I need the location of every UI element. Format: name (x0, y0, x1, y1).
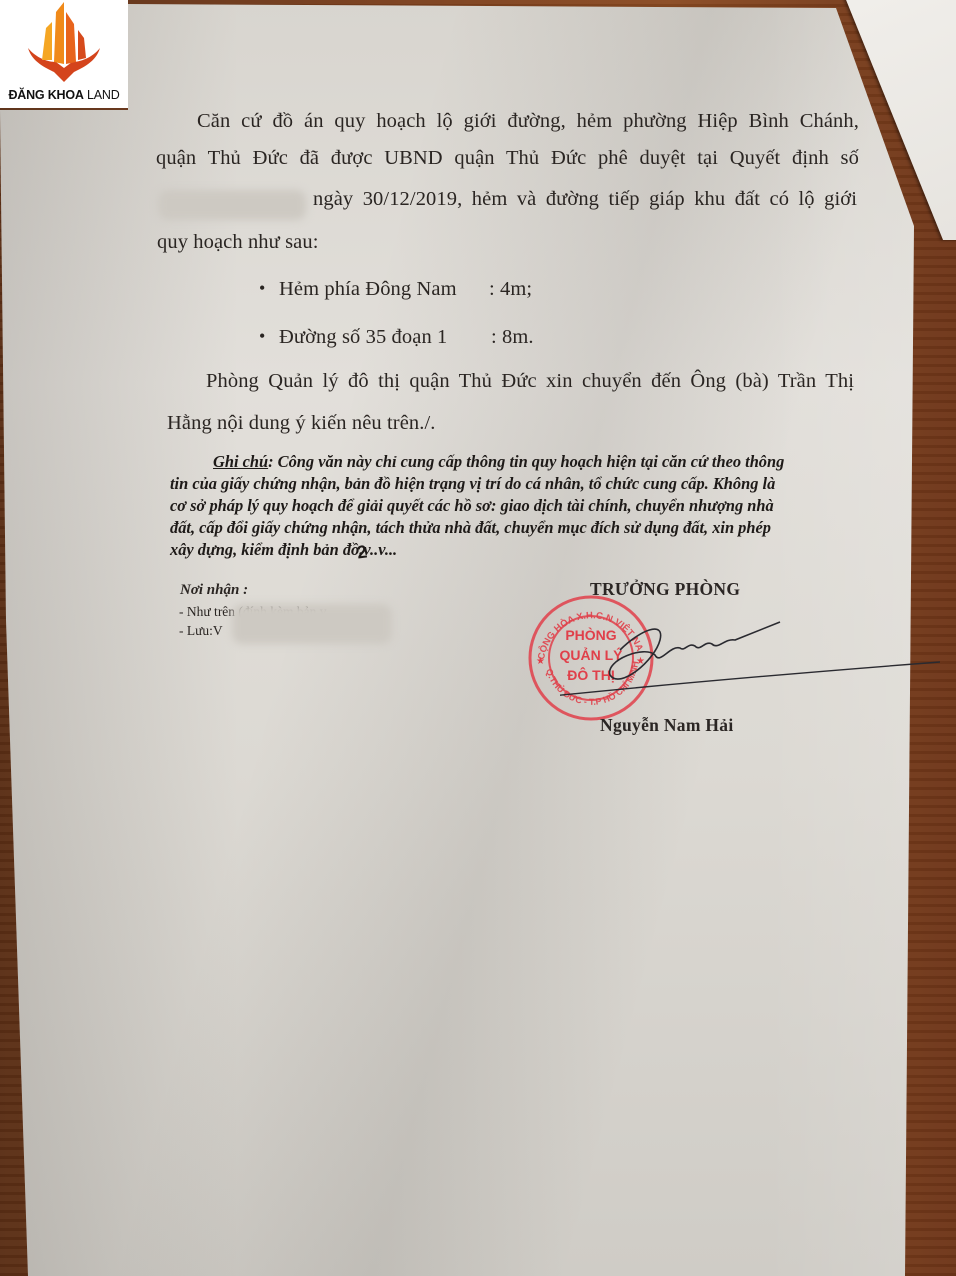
paragraph1-line2: quận Thủ Đức đã được UBND quận Thủ Đức p… (156, 147, 859, 170)
brand-logo-icon (22, 2, 106, 86)
note-line2: tin của giấy chứng nhận, bản đồ hiện trạ… (170, 474, 775, 494)
note-text: : Công văn này chỉ cung cấp thông tin qu… (268, 452, 784, 471)
paragraph1-line1: Căn cứ đồ án quy hoạch lộ giới đường, hẻ… (197, 110, 859, 133)
recipients-title: Nơi nhận : (180, 582, 248, 599)
recipients-line2: - Lưu:V (179, 623, 223, 639)
brand-name-light: LAND (87, 88, 120, 102)
note-line1: Ghi chú: Công văn này chỉ cung cấp thông… (213, 452, 784, 472)
paragraph2-line2: Hằng nội dung ý kiến nêu trên./. (167, 412, 436, 435)
brand-watermark: ĐĂNG KHOA LAND (0, 0, 128, 108)
signer-name: Nguyễn Nam Hải (600, 715, 734, 736)
redacted-recipients (232, 604, 392, 644)
paragraph1-line4: quy hoạch như sau: (157, 231, 319, 254)
item-name: Hẻm phía Đông Nam (279, 278, 457, 300)
item-value: : 8m. (491, 326, 534, 349)
item-name: Đường số 35 đoạn 1 (279, 326, 447, 348)
brand-name-bold: ĐĂNG KHOA (8, 88, 83, 102)
redacted-decision-number (158, 190, 306, 220)
list-item: Hẻm phía Đông Nam (279, 278, 457, 301)
paragraph1-line3: ngày 30/12/2019, hẻm và đường tiếp giáp … (313, 188, 857, 211)
svg-text:★: ★ (536, 656, 545, 667)
note-label: Ghi chú (213, 452, 268, 471)
handwritten-signature (560, 600, 940, 710)
document-body: Căn cứ đồ án quy hoạch lộ giới đường, hẻ… (0, 0, 956, 1276)
list-item: Đường số 35 đoạn 1 (279, 326, 447, 349)
paragraph2-line1: Phòng Quản lý đô thị quận Thủ Đức xin ch… (206, 370, 854, 393)
brand-name: ĐĂNG KHOA LAND (0, 88, 128, 102)
note-line4: đất, cấp đổi giấy chứng nhận, tách thửa … (170, 518, 771, 538)
note-line3: cơ sở pháp lý quy hoạch để giải quyết cá… (170, 496, 774, 516)
item-value: : 4m; (489, 278, 532, 301)
